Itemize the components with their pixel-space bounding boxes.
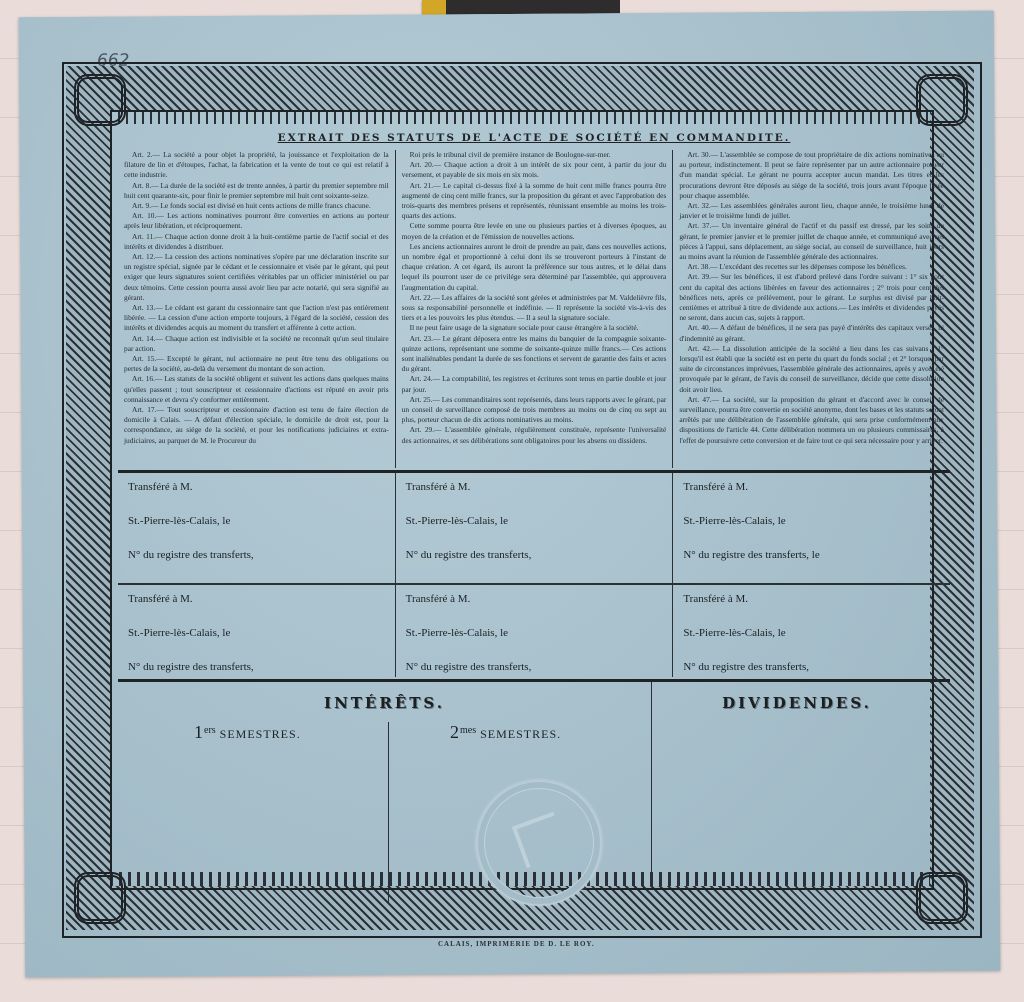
transfer-place-field: St.-Pierre-lès-Calais, le — [128, 627, 385, 661]
statute-article: Art. 15.— Excepté le gérant, nul actionn… — [124, 354, 389, 374]
certificate-content: EXTRAIT DES STATUTS DE L'ACTE DE SOCIÉTÉ… — [118, 132, 950, 882]
statute-article: Art. 39.— Sur les bénéfices, il est d'ab… — [679, 272, 944, 323]
statute-article: Art. 16.— Les statuts de la société obli… — [124, 374, 389, 405]
first-semester-suffix: ers — [204, 725, 216, 736]
statutes-column-2: Roi près le tribunal civil de première i… — [395, 150, 673, 468]
statute-article: Art. 23.— Le gérant déposera entre les m… — [402, 334, 667, 375]
corner-knot-icon — [74, 74, 126, 126]
statute-article: Cette somme pourra être levée en une ou … — [402, 221, 667, 241]
transfer-entry: Transféré à M.St.-Pierre-lès-Calais, leN… — [118, 473, 395, 583]
statute-article: Art. 30.— L'assemblée se compose de tout… — [679, 150, 944, 201]
transfer-place-field: St.-Pierre-lès-Calais, le — [683, 515, 940, 549]
second-semester-label: 2mes SEMESTRES. — [450, 722, 561, 743]
transfer-register-field: N° du registre des transferts, — [406, 549, 663, 583]
statute-article: Art. 42.— La dissolution anticipée de la… — [679, 344, 944, 395]
transfer-entry: Transféré à M.St.-Pierre-lès-Calais, leN… — [118, 583, 395, 695]
transfer-register-field: N° du registre des transferts, — [128, 549, 385, 583]
statute-article: Art. 24.— La comptabilité, les registres… — [402, 374, 667, 394]
first-semester-text: SEMESTRES. — [220, 727, 301, 741]
embossed-seal-icon — [476, 780, 602, 906]
statute-article: Art. 2.— La société a pour objet la prop… — [124, 150, 389, 181]
first-semester-number: 1 — [194, 722, 204, 742]
transfer-to-field: Transféré à M. — [683, 481, 940, 515]
first-semester-label: 1ers SEMESTRES. — [194, 722, 301, 743]
statute-article: Art. 14.— Chaque action est indivisible … — [124, 334, 389, 354]
statute-article: Art. 21.— Le capital ci-dessus fixé à la… — [402, 181, 667, 222]
statute-article: Art. 13.— Le cédant est garant du cessio… — [124, 303, 389, 334]
transfer-entry: Transféré à M.St.-Pierre-lès-Calais, leN… — [396, 583, 673, 695]
statutes-column-1: Art. 2.— La société a pour objet la prop… — [118, 150, 395, 468]
transfer-entry: Transféré à M.St.-Pierre-lès-Calais, leN… — [396, 473, 673, 583]
statutes-columns: Art. 2.— La société a pour objet la prop… — [118, 150, 950, 468]
statute-article: Art. 17.— Tout souscripteur et cessionna… — [124, 405, 389, 446]
interests-area: INTÉRÊTS. 1ers SEMESTRES. 2mes SEMESTRES… — [118, 682, 651, 902]
transfer-place-field: St.-Pierre-lès-Calais, le — [128, 515, 385, 549]
transfer-place-field: St.-Pierre-lès-Calais, le — [406, 515, 663, 549]
transfer-to-field: Transféré à M. — [128, 593, 385, 627]
statute-article: Art. 8.— La durée de la société est de t… — [124, 181, 389, 201]
second-semester-number: 2 — [450, 722, 460, 742]
transfer-to-field: Transféré à M. — [406, 593, 663, 627]
transfer-to-field: Transféré à M. — [683, 593, 940, 627]
coupon-divider — [388, 722, 389, 902]
transfer-column: Transféré à M.St.-Pierre-lès-Calais, leN… — [118, 473, 395, 677]
transfer-column: Transféré à M.St.-Pierre-lès-Calais, leN… — [672, 473, 950, 677]
transfer-entry: Transféré à M.St.-Pierre-lès-Calais, leN… — [673, 583, 950, 695]
transfer-entry: Transféré à M.St.-Pierre-lès-Calais, leN… — [673, 473, 950, 583]
second-semester-text: SEMESTRES. — [480, 727, 561, 741]
statute-article: Les anciens actionnaires auront le droit… — [402, 242, 667, 293]
transfer-place-field: St.-Pierre-lès-Calais, le — [683, 627, 940, 661]
statute-article: Art. 10.— Les actions nominatives pourro… — [124, 211, 389, 231]
statute-article: Art. 32.— Les assemblées générales auron… — [679, 201, 944, 221]
statute-article: Art. 40.— A défaut de bénéfices, il ne s… — [679, 323, 944, 343]
transfer-section: Transféré à M.St.-Pierre-lès-Calais, leN… — [118, 473, 950, 677]
statute-article: Art. 9.— Le fonds social est divisé en h… — [124, 201, 389, 211]
transfer-to-field: Transféré à M. — [128, 481, 385, 515]
transfer-to-field: Transféré à M. — [406, 481, 663, 515]
statute-article: Art. 47.— La société, sur la proposition… — [679, 395, 944, 446]
printer-imprint: CALAIS, IMPRIMERIE DE D. LE ROY. — [438, 940, 595, 948]
statute-article: Art. 11.— Chaque action donne droit à la… — [124, 232, 389, 252]
transfer-place-field: St.-Pierre-lès-Calais, le — [406, 627, 663, 661]
interests-heading: INTÉRÊTS. — [118, 694, 651, 712]
transfer-register-field: N° du registre des transferts, le — [683, 549, 940, 583]
statute-article: Art. 12.— La cession des actions nominat… — [124, 252, 389, 303]
statute-article: Art. 29.— L'assemblée générale, régulièr… — [402, 425, 667, 445]
statute-article: Roi près le tribunal civil de première i… — [402, 150, 667, 160]
corner-knot-icon — [916, 74, 968, 126]
statute-article: Il ne peut faire usage de la signature s… — [402, 323, 667, 333]
dividends-area: DIVIDENDES. — [652, 682, 950, 902]
second-semester-suffix: mes — [460, 725, 476, 736]
statutes-column-3: Art. 30.— L'assemblée se compose de tout… — [672, 150, 950, 468]
extract-title: EXTRAIT DES STATUTS DE L'ACTE DE SOCIÉTÉ… — [118, 132, 950, 146]
statute-article: Art. 37.— Un inventaire général de l'act… — [679, 221, 944, 262]
seal-emblem-icon — [512, 812, 568, 868]
coupon-section: INTÉRÊTS. 1ers SEMESTRES. 2mes SEMESTRES… — [118, 682, 950, 902]
dividends-heading: DIVIDENDES. — [652, 694, 942, 712]
transfer-column: Transféré à M.St.-Pierre-lès-Calais, leN… — [395, 473, 673, 677]
statute-article: Art. 38.— L'excédant des recettes sur le… — [679, 262, 944, 272]
statute-article: Art. 25.— Les commanditaires sont représ… — [402, 395, 667, 426]
statute-article: Art. 20.— Chaque action a droit à un int… — [402, 160, 667, 180]
statute-article: Art. 22.— Les affaires de la société son… — [402, 293, 667, 324]
